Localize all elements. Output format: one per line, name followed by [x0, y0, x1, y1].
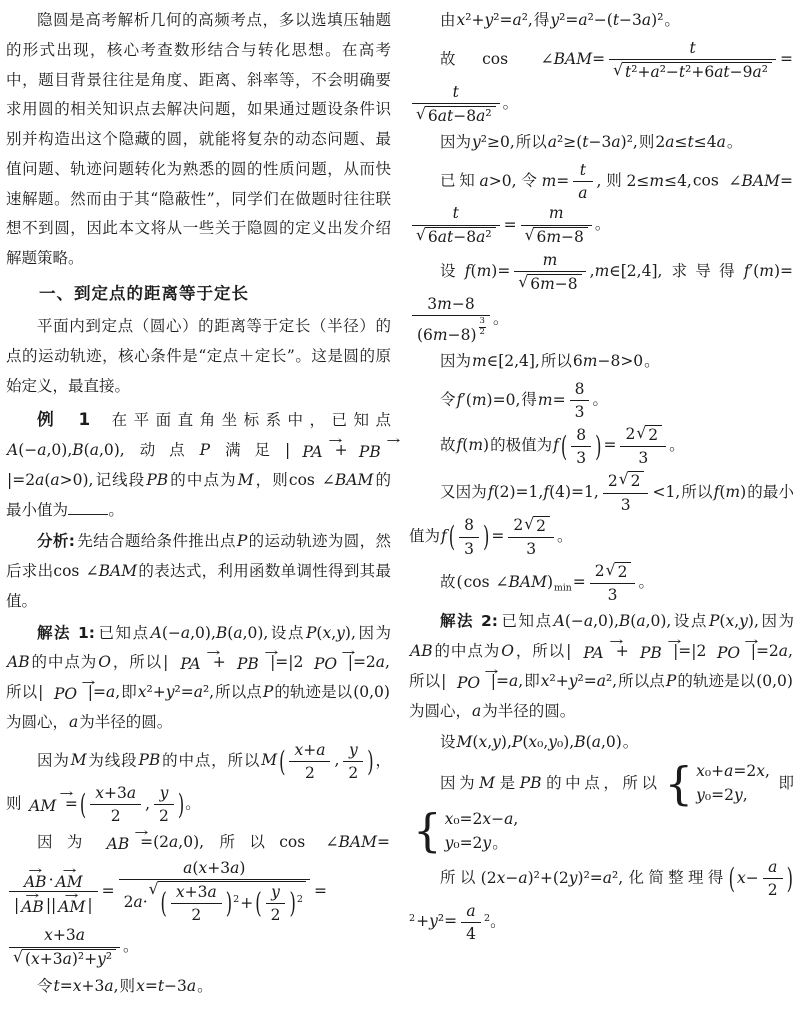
text-run: 令 [440, 391, 456, 409]
vector-notation: →PO [305, 650, 345, 672]
text-run: 则 [639, 133, 655, 151]
math-run: ( [457, 573, 463, 591]
text-run: 化简整理得 [624, 869, 727, 887]
text-run: 的轨迹是以 [274, 683, 352, 701]
text-run: 因为 [37, 751, 70, 769]
text-run: 。 [727, 133, 743, 151]
math-run: m [543, 251, 558, 269]
math-run: x₀=2x−a, [445, 810, 519, 828]
math-run: 3 [621, 496, 631, 514]
brace-icon: { [665, 765, 694, 803]
text-run: 因为 [760, 612, 794, 630]
paragraph: 因为m∈[2,4],所以6m−8>0。 [409, 347, 794, 377]
text-run: 平面内到定点（圆心）的距离等于定长（半径）的点的运动轨迹，核心条件是“定点＋定长… [6, 317, 391, 395]
text-run: 因为 [357, 624, 391, 642]
text-run: 设 [440, 262, 464, 280]
math-run: = [780, 50, 793, 68]
math-run: +y²= [416, 912, 457, 930]
text-run: 即 [775, 774, 794, 792]
math-run: P [263, 683, 273, 701]
text-run: 所以点 [618, 672, 665, 690]
math-run: a [466, 902, 475, 920]
text-run: 一、到定点的距离等于定长 [39, 284, 249, 303]
paragraph: 设f(m)=m√6m−8,m∈[2,4],求导得f′(m)=3m−8(6m−8)… [409, 250, 794, 345]
math-run: 3 [576, 449, 586, 467]
text-run: 。 [644, 352, 660, 370]
math-run: y [349, 741, 358, 759]
vector-arrow-icon: → [12, 791, 73, 797]
math-run: m= [538, 391, 566, 409]
math-run: x₀+a=2x, [696, 762, 770, 780]
text-run: 。 [595, 216, 611, 234]
text-run: 。 [492, 834, 508, 852]
math-run: <1, [652, 483, 680, 501]
math-run: PB [520, 774, 542, 792]
math-run: y [271, 883, 280, 901]
fraction: 2√23 [620, 424, 666, 468]
paragraph: 分析:先结合题给条件推出点P的运动轨迹为圆，然后求出cos ∠BAM的表达式，利… [6, 527, 391, 616]
square-root: √2 [636, 425, 662, 445]
vector-notation: →PO [448, 669, 488, 691]
math-run: x+3a [176, 883, 217, 901]
math-run: = [314, 882, 327, 900]
math-run: (0,0) [353, 683, 390, 701]
math-run: M [71, 751, 87, 769]
paragraph: 已知a>0,令m=ta,则2≤m≤4,cos ∠BAM=t√6at−8a²=m√… [409, 160, 794, 248]
math-run: A(−a,0),B(a,0), [554, 612, 672, 630]
math-run: P [237, 532, 247, 550]
text-run: 由 [440, 11, 456, 29]
paragraph: 又因为f(2)=1,f(4)=1,2√23<1,所以f(m)的最小值为f(83)… [409, 471, 794, 560]
text-run: 则 [120, 977, 136, 995]
vector-notation: →PA [170, 650, 210, 672]
text-run: 所以 [541, 352, 572, 370]
math-run: 2a· [124, 893, 148, 911]
vector-arrow-icon: → [88, 830, 149, 836]
vector-arrow-icon: → [160, 650, 221, 656]
math-run: y [160, 784, 169, 802]
text-run: 所以点 [215, 683, 262, 701]
text-run: 在平面直角坐标系中，已知点 [105, 411, 391, 429]
vector-notation: →AB [24, 868, 47, 890]
vector-notation: →PB [228, 650, 268, 672]
equation-system: {x₀=2x−a,y₀=2y。 [413, 808, 519, 856]
superscript: 2 [233, 894, 239, 905]
paragraph: 所以(2x−a)²+(2y)²=a²,化简整理得(x−a2)2+y²=a42。 [409, 857, 794, 944]
fraction: x+3a√(x+3a)²+y² [9, 925, 120, 969]
math-run: f′(m)=0, [457, 391, 521, 409]
square-root: √2 [606, 562, 632, 582]
paragraph: 设M(x,y),P(x₀,y₀),B(a,0)。 [409, 728, 794, 758]
math-run: O [501, 642, 514, 660]
paragraph: 例 1在平面直角坐标系中，已知点A(−a,0),B(a,0),动点P满足|→PA… [6, 403, 391, 525]
text-run: 因为 [440, 133, 471, 151]
fraction: 83 [571, 425, 591, 468]
text-run: ，则 [255, 471, 289, 489]
roman-math-run: cos [482, 50, 540, 68]
equation-system: {x₀+a=2x,y₀=2y, [665, 760, 771, 808]
text-run: ，所以 [112, 653, 162, 671]
text-run: 已知点 [97, 624, 150, 642]
math-run: O [98, 653, 111, 671]
text-run: 故 [440, 436, 456, 454]
text-run: 记线段 [94, 471, 145, 489]
text-run: 的中点为 [434, 642, 501, 660]
text-run: 所以 [6, 683, 37, 701]
math-run: 6m−8 [530, 275, 577, 293]
text-run: 则 [602, 172, 625, 190]
big-parens: (x+a2,y2) [278, 740, 375, 783]
math-run: 6at−8a² [428, 107, 492, 125]
text-run: 为线段 [88, 751, 138, 769]
math-run: 2 [536, 517, 546, 535]
vector-notation: →PO [45, 680, 85, 702]
text-run: 得 [534, 11, 550, 29]
text-run: 的极值为 [490, 436, 552, 454]
math-run: 2a≤t≤4a [655, 133, 725, 151]
vector-notation: →PB [631, 639, 671, 661]
math-run: m [549, 204, 564, 222]
text-run: 。 [185, 795, 201, 813]
math-run: = [102, 882, 115, 900]
fraction: m√6m−8 [521, 203, 592, 247]
square-root: √t²+a²−t²+6at−9a² [613, 62, 772, 82]
paragraph: 解法 1:已知点A(−a,0),B(a,0),设点P(x,y),因为AB的中点为… [6, 619, 391, 738]
vector-arrow-icon: → [282, 438, 343, 444]
subscript: min [554, 583, 572, 594]
math-run: 3 [638, 449, 648, 467]
vector-arrow-icon: → [218, 650, 279, 656]
fraction: t√t²+a²−t²+6at−9a² [609, 38, 776, 82]
text-run: 先结合题给条件推出点 [77, 532, 236, 550]
fraction: y2 [266, 882, 286, 925]
square-root: √2 [524, 516, 550, 536]
math-run: , [145, 790, 150, 820]
vector-arrow-icon: → [49, 868, 90, 874]
math-run: a²≥(t−3a)², [548, 133, 638, 151]
square-root: √6m−8 [525, 227, 588, 247]
text-run: 设点 [672, 612, 708, 630]
text-run: 。 [623, 733, 639, 751]
fraction: a(x+3a)2a·√(x+3a2)2+(y2)2 [119, 858, 310, 925]
example-label: 例 1 [37, 409, 93, 429]
text-run: 已知 [440, 172, 479, 190]
vector-notation: →PO [708, 639, 748, 661]
math-run: ,m∈[2,4], [590, 262, 663, 280]
text-run: 所以 [205, 833, 279, 851]
math-run: f′(m)= [744, 262, 793, 280]
math-run: x− [737, 864, 759, 894]
math-run: 3m−8 [427, 295, 474, 313]
paragraph: 故(cos ∠BAM)min=2√23。 [409, 561, 794, 605]
text-run: 。 [490, 912, 506, 930]
math-run: , [334, 746, 339, 776]
paragraph: 故cos ∠BAM=t√t²+a²−t²+6at−9a²=t√6at−8a²。 [409, 38, 794, 127]
math-run: f [441, 527, 447, 545]
text-run: 。 [638, 573, 654, 591]
math-run: f(2)=1,f(4)=1, [488, 483, 599, 501]
math-run: = [573, 573, 586, 591]
text-run: 。 [493, 310, 509, 328]
big-parens: (x+3a2) [160, 882, 234, 925]
math-run: ∠BAM) [495, 573, 553, 591]
math-run: 2 [625, 425, 635, 443]
math-run: P(x,y), [306, 624, 356, 642]
text-run: ，所以 [515, 642, 565, 660]
square-root: √(x+3a)²+y² [13, 949, 116, 969]
text-run: 所以 [516, 133, 547, 151]
bold-label: 解法 2: [440, 612, 498, 630]
big-parens: (83) [560, 425, 603, 468]
text-run: 因为 [440, 774, 478, 792]
math-run: a(x+3a) [183, 859, 245, 877]
superscript: 2 [297, 894, 303, 905]
math-run: 6at−8a² [428, 228, 492, 246]
text-run: 又因为 [440, 483, 487, 501]
right-column: 由x²+y²=a²,得y²=a²−(t−3a)²。故cos ∠BAM=t√t²+… [409, 6, 794, 1022]
text-run: 即 [121, 683, 137, 701]
math-run: (6m−8) [417, 326, 477, 344]
paragraph: 令t=x+3a,则x=t−3a。 [6, 972, 391, 1002]
math-run: y₀=2y, [696, 786, 748, 804]
math-run: P(x,y), [709, 612, 759, 630]
section-heading: 一、到定点的距离等于定长 [6, 281, 391, 307]
vector-notation: →AB [98, 830, 138, 852]
fraction: 2√23 [508, 515, 554, 559]
math-run: (x+3a)²+y² [25, 950, 112, 968]
math-run: 3 [575, 403, 585, 421]
square-root: √6at−8a² [416, 106, 496, 126]
text-run: 为半径的圆。 [482, 702, 575, 720]
text-run: 。 [664, 11, 680, 29]
math-run: y²=a²−(t−3a)² [550, 11, 663, 29]
math-run: (0,0) [756, 672, 793, 690]
big-parens: (x+3a2,y2) [79, 783, 185, 826]
math-run: m= [542, 172, 570, 190]
math-run: a [472, 702, 481, 720]
vector-arrow-icon: → [621, 639, 682, 645]
text-run: 。 [197, 977, 213, 995]
fraction: a4 [461, 901, 481, 944]
math-run: x+3a [95, 784, 136, 802]
text-run: 。 [557, 527, 573, 545]
fraction: t√6at−8a² [412, 203, 500, 247]
math-run: f(m) [714, 483, 747, 501]
math-run: f(m) [457, 436, 490, 454]
math-run: ∠BAM= [326, 833, 390, 851]
fraction: y2 [154, 783, 174, 826]
text-run: 。 [123, 938, 139, 956]
superscript: 2 [409, 912, 415, 923]
math-run: 8 [464, 516, 474, 534]
paragraph: 令f′(m)=0,得m=83。 [409, 379, 794, 422]
fraction: a2 [763, 857, 783, 900]
math-run: = [603, 436, 616, 454]
math-run: x²+y²=a², [457, 11, 533, 29]
math-run: M [261, 751, 277, 769]
math-run: x²+y²=a², [541, 672, 617, 690]
square-root: √6m−8 [518, 274, 581, 294]
math-run: 2 [348, 764, 358, 782]
fraction: 83 [459, 515, 479, 558]
big-parens: (x−a2) [728, 857, 794, 900]
math-run: M [238, 471, 254, 489]
math-run: ∠BAM [322, 471, 373, 489]
math-run: t [689, 39, 695, 57]
math-run: y₀=2y [445, 834, 492, 852]
paragraph: 隐圆是高考解析几何的高频考点，多以选填压轴题的形式出现，核心考查数形结合与转化思… [6, 6, 391, 274]
math-run: PB [138, 751, 160, 769]
vector-notation: →AB [21, 893, 44, 915]
fraction: x+3a2 [90, 783, 141, 826]
fraction: ta [573, 160, 592, 203]
text-run: 的中点为 [31, 653, 98, 671]
fraction: 3m−8(6m−8)32 [412, 294, 490, 345]
text-run: 设 [440, 733, 456, 751]
math-run: 6m−8>0 [573, 352, 643, 370]
text-run: 令 [518, 172, 541, 190]
text-run: 为圆心， [409, 702, 471, 720]
math-run: + [240, 894, 253, 912]
text-run: 故 [440, 50, 482, 68]
math-run: 2 [271, 906, 281, 924]
math-run: m∈[2,4], [472, 352, 540, 370]
text-run: 满足 [211, 441, 284, 459]
square-root: √(x+3a2)2+(y2)2 [149, 881, 306, 925]
math-run: 4 [466, 925, 476, 943]
vector-notation: →AM [56, 868, 83, 890]
math-run: (2x−a)²+(2y)²=a², [481, 869, 624, 887]
math-run: = [504, 216, 517, 234]
text-run: 因为 [440, 352, 471, 370]
math-run: t²+a²−t²+6at−9a² [625, 63, 768, 81]
text-run: 。 [108, 501, 124, 519]
math-run: t [453, 83, 459, 101]
text-run: 故 [440, 573, 456, 591]
fraction: x+3a2 [171, 882, 222, 925]
math-run: P [200, 441, 210, 459]
text-run: 为圆心， [6, 713, 68, 731]
text-run: 是 [496, 774, 519, 792]
text-run: 。 [592, 391, 608, 409]
fraction: m√6m−8 [514, 250, 585, 294]
text-run: 求导得 [663, 262, 742, 280]
text-run: 为半径的圆。 [79, 713, 172, 731]
text-run: 隐圆是高考解析几何的高频考点，多以选填压轴题的形式出现，核心考查数形结合与转化思… [6, 11, 391, 267]
math-run: 2 [305, 764, 315, 782]
math-run: = [491, 527, 504, 545]
math-run: M [479, 774, 495, 792]
math-run: x²+y²=a², [138, 683, 214, 701]
math-run: t [580, 161, 586, 179]
paragraph: 由x²+y²=a²,得y²=a²−(t−3a)²。 [409, 6, 794, 36]
roman-math-run: cos [693, 172, 728, 190]
text-run: 已知点 [500, 612, 553, 630]
square-root: √2 [619, 471, 645, 491]
math-run: A(−a,0),B(a,0), [151, 624, 269, 642]
math-run: 2 [595, 562, 605, 580]
text-run: 。 [503, 94, 519, 112]
paragraph: 因为→AB=(2a,0),所以cos ∠BAM=→AB·→AM|→AB||→AM… [6, 828, 391, 970]
math-run: 2 [608, 472, 618, 490]
vector-arrow-icon: → [35, 680, 96, 686]
article-page: 隐圆是高考解析几何的高频考点，多以选填压轴题的形式出现，核心考查数形结合与转化思… [0, 0, 800, 1026]
vector-arrow-icon: → [52, 893, 93, 899]
math-run: =(2a,0), [140, 833, 204, 851]
math-run: ∠BAM= [541, 50, 605, 68]
fraction: 2√23 [603, 471, 649, 515]
fraction: 2√23 [590, 561, 636, 605]
fraction: 83 [570, 379, 590, 422]
big-parens: (83) [448, 515, 491, 558]
vector-notation: →AM [58, 893, 85, 915]
text-run: 所以 [409, 672, 440, 690]
math-run: ∠BAM= [729, 172, 793, 190]
math-run: ∠BAM [86, 562, 137, 580]
text-run: 的中点，所以 [161, 751, 260, 769]
vector-notation: →AM [23, 791, 63, 813]
big-parens: (y2) [254, 882, 297, 925]
text-run: 设点 [269, 624, 305, 642]
vector-notation: →PA [573, 639, 613, 661]
math-run: 2 [111, 807, 121, 825]
math-run: |=2a(a>0), [7, 471, 93, 489]
roman-math-run: cos [289, 471, 321, 489]
fraction: x+a2 [289, 740, 330, 783]
math-run: t [453, 204, 459, 222]
fraction: →AB·→AM|→AB||→AM| [9, 868, 98, 916]
math-run: 2 [159, 807, 169, 825]
math-run: a [578, 184, 587, 202]
text-run: 所以 [681, 483, 712, 501]
roman-math-run: cos [279, 833, 324, 851]
square-root: √6at−8a² [416, 227, 496, 247]
math-run: 8 [575, 380, 585, 398]
vector-arrow-icon: → [698, 639, 759, 645]
math-run: t=x+3a, [54, 977, 119, 995]
math-run: x+3a [44, 926, 85, 944]
math-run: f [553, 436, 559, 454]
text-run: 即 [524, 672, 540, 690]
vector-notation: →PA [292, 438, 332, 460]
math-run: A(−a,0),B(a,0), [7, 441, 125, 459]
text-run: 动点 [126, 441, 199, 459]
math-run: 3 [464, 540, 474, 558]
math-run: 3 [608, 586, 618, 604]
math-run: M(x,y),P(x₀,y₀),B(a,0) [457, 733, 622, 751]
math-run: x+a [294, 741, 325, 759]
math-run: a [69, 713, 78, 731]
math-run: y²≥0, [472, 133, 515, 151]
vector-arrow-icon: → [295, 650, 356, 656]
math-run: 2 [618, 563, 628, 581]
vector-arrow-icon: → [563, 639, 624, 645]
paragraph: 解法 2:已知点A(−a,0),B(a,0),设点P(x,y),因为AB的中点为… [409, 607, 794, 726]
text-run: 。 [669, 436, 685, 454]
math-run: 8 [576, 426, 586, 444]
roman-math-run: cos [464, 573, 495, 591]
brace-icon: { [413, 812, 442, 850]
vector-arrow-icon: → [438, 669, 499, 675]
left-column: 隐圆是高考解析几何的高频考点，多以选填压轴题的形式出现，核心考查数形结合与转化思… [6, 6, 391, 1022]
vector-arrow-icon: → [18, 868, 52, 874]
math-run: 3 [526, 540, 536, 558]
paragraph: 因为M为线段PB的中点，所以M(x+a2,y2)，则→AM=(x+3a2,y2)… [6, 740, 391, 827]
answer-blank [68, 498, 108, 515]
text-run: 的中点，所以 [543, 774, 661, 792]
vector-notation: →PB [350, 438, 390, 460]
text-run: 得 [521, 391, 537, 409]
